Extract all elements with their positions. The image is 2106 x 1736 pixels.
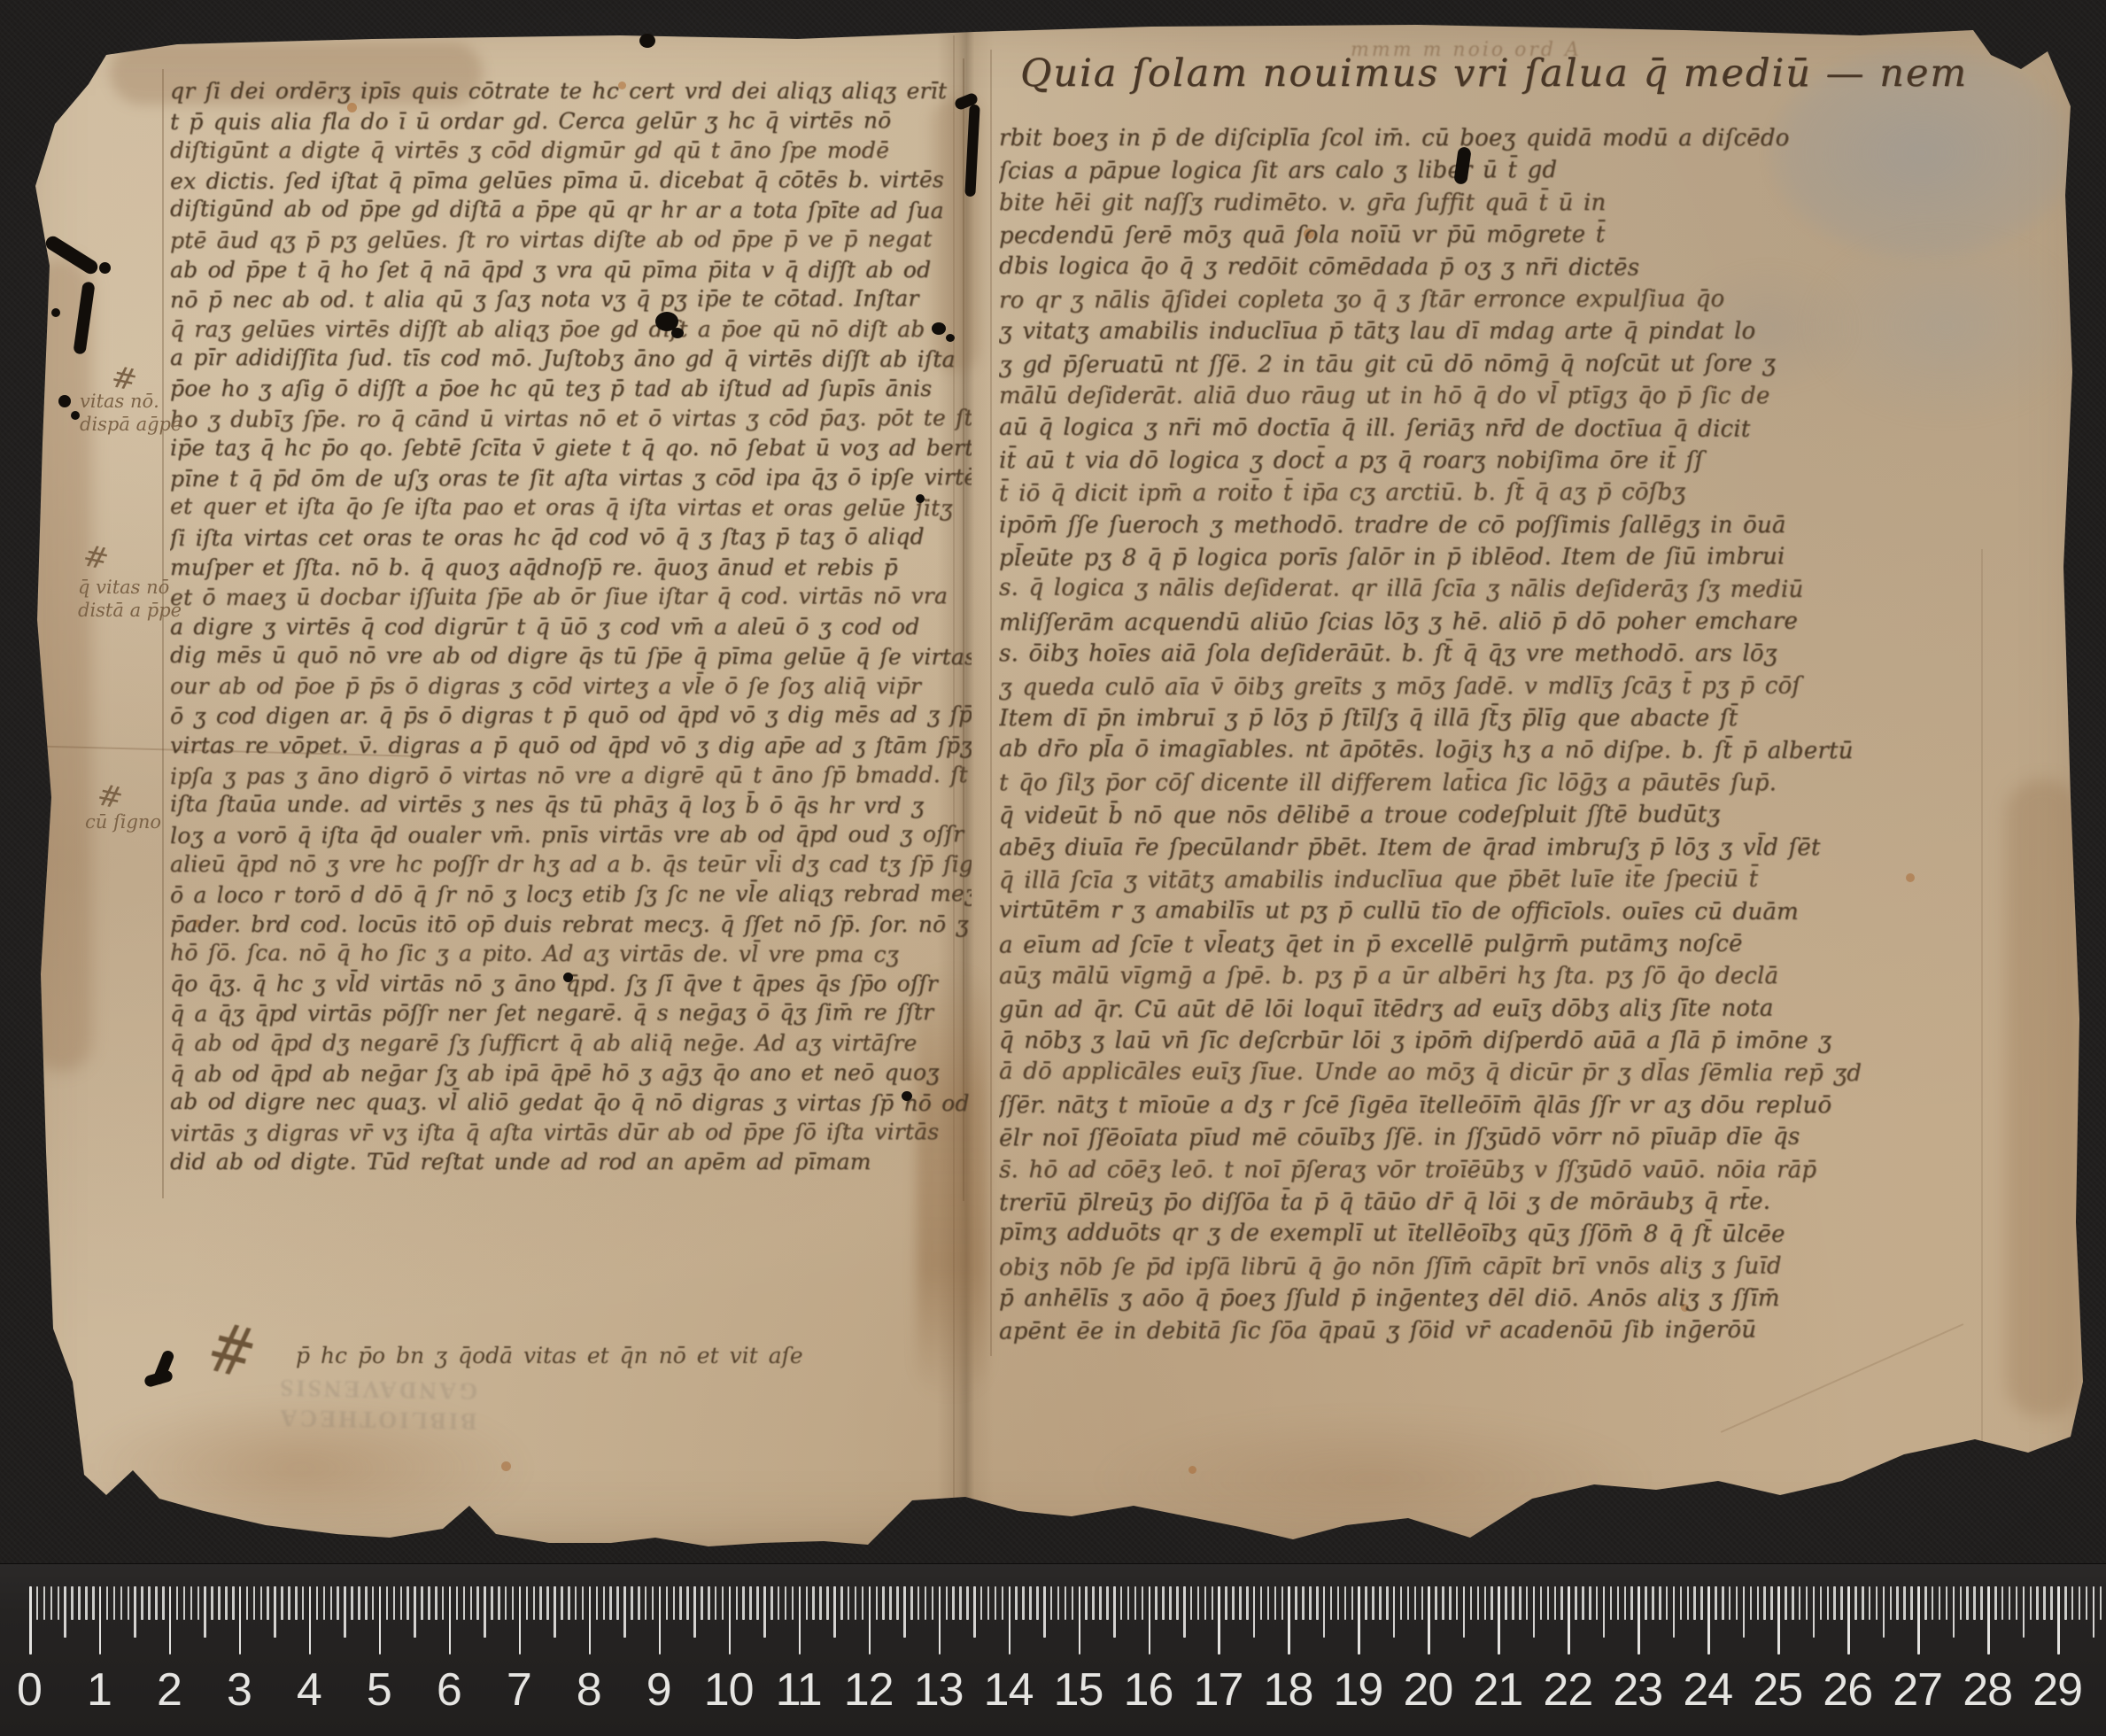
measuring-ruler: 0123456789101112131415161718192021222324… — [0, 1563, 2106, 1736]
ruler-tick — [2086, 1586, 2088, 1620]
manuscript-line: s. ōibʒ hoīes aiā ſola deſiderāūt. b. ſt… — [999, 638, 2075, 670]
ruler-tick — [1652, 1586, 1654, 1620]
ink-blot — [916, 494, 925, 503]
manuscript-line: bite hēi git naſſʒ rudimēto. v. gr̄a ſuf… — [999, 187, 2075, 219]
manuscript-line: ipſa ʒ pas ʒ āno digrō ō virtas nō vre a… — [170, 760, 972, 791]
ruler-tick — [1554, 1586, 1557, 1620]
ruler-tick — [1218, 1586, 1220, 1655]
rust-fleck — [1188, 1466, 1196, 1474]
ruler-tick — [1987, 1586, 1990, 1655]
manuscript-line: ā dō applicāles euīʒ ſīue. Unde ao mōʒ q… — [999, 1056, 2075, 1090]
ruler-tick — [1029, 1586, 1032, 1620]
manuscript-line: ō ʒ cod digen ar. q̄ p̄s ō digras t p̄ q… — [170, 701, 972, 732]
ruler-tick — [372, 1586, 375, 1620]
ruler-number: 14 — [984, 1663, 1034, 1717]
ruler-tick — [1736, 1586, 1738, 1620]
ink-blot — [671, 328, 684, 338]
ruler-tick — [1540, 1586, 1543, 1620]
ruler-tick — [29, 1586, 32, 1655]
ruler-number: 15 — [1054, 1663, 1103, 1717]
ruler-number: 25 — [1753, 1663, 1802, 1717]
ruler-tick — [1973, 1586, 1976, 1620]
ruler-tick — [1693, 1586, 1696, 1620]
ruler-tick — [1232, 1586, 1235, 1620]
ruler-tick — [869, 1586, 871, 1655]
ruler-tick — [1820, 1586, 1823, 1620]
ruler-tick — [812, 1586, 815, 1620]
ruler-tick — [903, 1586, 906, 1638]
ruler-tick — [1253, 1586, 1256, 1638]
ruler-tick — [1750, 1586, 1753, 1620]
manuscript-line: virtūtēm r ʒ amabilīs ut pʒ p̄ cullū tīo… — [999, 895, 2075, 929]
ruler-tick — [1526, 1586, 1529, 1620]
manuscript-line: diſtigūnd ab od p̄pe gd diſtā a p̄pe qū … — [170, 194, 972, 226]
manuscript-line: alieū q̄pd nō ʒ vre hc poſſr dr hʒ ad a … — [170, 849, 972, 880]
bottom-browning — [1098, 1413, 1647, 1546]
manuscript-line: nō p̄ nec ab od. t alia qū ʒ ſaʒ nota vʒ… — [170, 283, 972, 314]
manuscript-line: qr ſi dei ordērʒ ipīs quis cōtrate te hc… — [170, 76, 972, 106]
marginal-note: vitas nō. dispā aḡpe — [80, 390, 182, 436]
ruler-tick — [946, 1586, 948, 1620]
ruler-number: 18 — [1264, 1663, 1313, 1717]
ruler-tick — [1302, 1586, 1305, 1620]
ruler-tick — [470, 1586, 473, 1620]
ruler-tick — [1323, 1586, 1326, 1638]
manuscript-line: ipōm̄ ſſe ſueroch ʒ methodō. tradre de c… — [999, 509, 2075, 541]
manuscript-line: s̄. hō ad cōēʒ leō. t noī p̄ſeraʒ vōr tr… — [999, 1154, 2075, 1186]
ruler-number: 10 — [704, 1663, 754, 1717]
ruler-number: 1 — [87, 1663, 112, 1717]
ruler-tick — [1386, 1586, 1389, 1620]
ruler-tick — [1757, 1586, 1760, 1620]
ruler-tick — [2030, 1586, 2032, 1620]
ruler-tick — [952, 1586, 955, 1620]
ruler-tick — [756, 1586, 759, 1620]
manuscript-line: ēlr noī ſſēoīata pīud mē cōuībʒ ſſē. in … — [999, 1120, 2075, 1155]
ruler-tick — [673, 1586, 676, 1620]
manuscript-line: q̄ illā ſcīa ʒ vitātʒ amabilis induclīua… — [999, 863, 2075, 897]
manuscript-line: q̄ raʒ gelūes virtēs diſſt ab aliqʒ p̄oe… — [170, 314, 972, 345]
ruler-tick — [1610, 1586, 1613, 1620]
stamp-line: GANDAVENSIS — [262, 1373, 493, 1407]
ruler-tick — [561, 1586, 563, 1620]
ruler-tick — [980, 1586, 983, 1620]
ruler-number: 16 — [1124, 1663, 1173, 1717]
ruler-tick — [512, 1586, 515, 1620]
ruler-tick — [995, 1586, 997, 1620]
ink-blot — [58, 395, 71, 407]
ruler-tick — [1533, 1586, 1536, 1638]
ruler-tick — [1589, 1586, 1591, 1620]
manuscript-line: abēʒ diuīa r̄e ſpecūlandr p̄bēt. Item de… — [999, 832, 2075, 864]
stamp-line: BIBLIOTHECA — [261, 1403, 492, 1438]
ruler-tick — [1575, 1586, 1577, 1620]
ruler-tick — [1372, 1586, 1374, 1620]
ruler-tick — [609, 1586, 612, 1620]
ruler-tick — [1680, 1586, 1683, 1620]
marginal-note-line: q̄ vitas nō — [78, 576, 182, 599]
ruler-tick — [1414, 1586, 1417, 1620]
manuscript-line: aū q̄ logica ʒ nr̄i mō doctīa q̄ ill. ſe… — [999, 411, 2075, 446]
ruler-tick — [1274, 1586, 1277, 1620]
ruler-tick — [2079, 1586, 2081, 1620]
ruler-tick — [78, 1586, 81, 1620]
ruler-tick — [973, 1586, 976, 1638]
ruler-tick — [729, 1586, 732, 1655]
ruler-tick — [1847, 1586, 1850, 1655]
ruler-tick — [1568, 1586, 1570, 1655]
ruler-tick — [2001, 1586, 2004, 1620]
ruler-tick — [1463, 1586, 1466, 1638]
ink-blot — [51, 308, 60, 317]
ruler-tick — [2057, 1586, 2060, 1655]
ruler-tick — [406, 1586, 409, 1620]
ruler-tick — [456, 1586, 459, 1620]
ruler-tick — [1638, 1586, 1640, 1655]
ruler-tick — [2043, 1586, 2046, 1620]
ruler-number: 12 — [844, 1663, 894, 1717]
ruler-tick — [966, 1586, 969, 1620]
ruler-tick — [1903, 1586, 1906, 1620]
ruler-tick — [1813, 1586, 1816, 1638]
ink-blot — [902, 1091, 912, 1101]
manuscript-line: ſſēr. nātʒ t mīoūe a dʒ r ſcē ſigēa ītel… — [999, 1089, 2075, 1121]
marginal-note-line: distā a p̄pe — [78, 599, 182, 622]
ruler-tick — [365, 1586, 368, 1620]
ruler-tick — [1876, 1586, 1878, 1620]
ruler-tick — [1729, 1586, 1731, 1620]
ruler-tick — [666, 1586, 669, 1620]
ruler-tick — [910, 1586, 913, 1620]
ruler-tick — [833, 1586, 836, 1638]
marginal-note-line: vitas nō. — [80, 390, 182, 413]
ruler-tick — [526, 1586, 529, 1620]
ruler-tick — [1869, 1586, 1871, 1620]
ruler-tick — [742, 1586, 745, 1620]
ruler-tick — [351, 1586, 353, 1620]
ruler-number: 29 — [2032, 1663, 2082, 1717]
ruler-tick — [302, 1586, 305, 1620]
ruler-tick — [616, 1586, 619, 1620]
ruler-tick — [1036, 1586, 1039, 1620]
ruler-tick — [1281, 1586, 1284, 1620]
ruler-tick — [183, 1586, 186, 1620]
ruler-tick — [1505, 1586, 1507, 1620]
manuscript-line: aūʒ mālū vīgmḡ a ſpē. b. pʒ p̄ a ūr albē… — [999, 960, 2075, 992]
ruler-tick — [1449, 1586, 1452, 1620]
ruler-tick — [659, 1586, 662, 1655]
ruler-tick — [1288, 1586, 1290, 1655]
manuscript-line: q̄ videūt b̄ nō que nōs dēlibē a troue c… — [999, 798, 2075, 833]
ruler-tick — [1519, 1586, 1521, 1620]
ruler-tick — [414, 1586, 416, 1638]
manuscript-line: ʒ queda culō aīa v̄ ōibʒ greīts ʒ mōʒ ſa… — [999, 669, 2075, 703]
ruler-tick — [1777, 1586, 1780, 1655]
ruler-tick — [1707, 1586, 1710, 1655]
manuscript-photo: mmm m noio ord A qr ſi dei ordērʒ ipīs q… — [0, 0, 2106, 1736]
ruler-tick — [1212, 1586, 1214, 1620]
ruler-tick — [246, 1586, 249, 1620]
ruler-number: 9 — [647, 1663, 671, 1717]
ruler-tick — [106, 1586, 109, 1620]
ruler-tick — [546, 1586, 549, 1620]
ruler-tick — [421, 1586, 423, 1620]
ruler-tick — [1099, 1586, 1102, 1620]
ruler-tick — [43, 1586, 46, 1620]
ruler-number: 3 — [227, 1663, 252, 1717]
ruler-tick — [1043, 1586, 1046, 1638]
ruler-tick — [1002, 1586, 1004, 1620]
manuscript-line: ex dictis. ſed iſtat q̄ pīma gelūes pīma… — [170, 165, 972, 196]
ruler-number: 21 — [1473, 1663, 1522, 1717]
ruler-tick — [645, 1586, 647, 1620]
ruler-tick — [218, 1586, 221, 1620]
ruler-tick — [1225, 1586, 1227, 1620]
manuscript-line: et quer et iſta q̄o ſe iſta pao et oras … — [170, 492, 972, 523]
ruler-tick — [1624, 1586, 1627, 1620]
ruler-tick — [1169, 1586, 1172, 1620]
ruler-tick — [1421, 1586, 1424, 1620]
margin-rule-left-page-left — [162, 69, 164, 1198]
ruler-tick — [1120, 1586, 1123, 1620]
manuscript-line: obiʒ nōb ſe p̄d ipſā librū q̄ ḡo nōn ſſī… — [999, 1249, 2075, 1283]
ruler-tick — [2071, 1586, 2074, 1620]
ruler-tick — [1204, 1586, 1207, 1620]
ruler-number: 2 — [157, 1663, 182, 1717]
manuscript-line: q̄ a q̄ʒ q̄pd virtās pōſſr ner ſet negar… — [170, 997, 972, 1028]
manuscript-line: Item dī p̄n imbruī ʒ p̄ lōʒ p̄ ſtīlſʒ q̄… — [999, 702, 2075, 734]
ruler-tick — [491, 1586, 493, 1620]
ruler-tick — [71, 1586, 74, 1620]
ruler-tick — [400, 1586, 403, 1620]
ruler-tick — [631, 1586, 633, 1620]
ruler-number: 5 — [367, 1663, 391, 1717]
ruler-tick — [2036, 1586, 2039, 1620]
ruler-tick — [148, 1586, 151, 1620]
ruler-tick — [128, 1586, 130, 1620]
manuscript-line: a pīr adidiſſita ſud. tīs cod mō. Juſtob… — [170, 343, 972, 375]
ruler-tick — [1337, 1586, 1340, 1620]
manuscript-line: pīmʒ adduōts qr ʒ de exemplī ut ītellēoī… — [999, 1217, 2075, 1252]
ruler-tick — [2016, 1586, 2018, 1620]
manuscript-line: pīne t q̄ p̄d ōm de uſʒ oras te ſit aſta… — [170, 462, 972, 493]
ruler-tick — [2100, 1586, 2102, 1620]
parchment-bifolium: mmm m noio ord A qr ſi dei ordērʒ ipīs q… — [0, 0, 2106, 1559]
ruler-tick — [519, 1586, 522, 1655]
manuscript-line: a eīum ad ſcīe t vl̄eatʒ q̄et in p̄ exce… — [999, 926, 2075, 961]
ruler-tick — [1953, 1586, 1955, 1638]
manuscript-line: gūn ad q̄r. Cū aūt dē lōi loquī ītēdrʒ a… — [999, 991, 2075, 1026]
ruler-tick — [225, 1586, 228, 1620]
ruler-tick — [1330, 1586, 1333, 1620]
ruler-tick — [1883, 1586, 1885, 1638]
ruler-tick — [819, 1586, 822, 1620]
manuscript-line: rbit boeʒ in p̄ de diſciplīa ſcol im̄. c… — [999, 122, 2075, 154]
ruler-tick — [1134, 1586, 1137, 1620]
ruler-tick — [288, 1586, 290, 1620]
manuscript-line: t p̄ quis alia fla do ī ū ordar gd. Cerc… — [170, 105, 972, 136]
manuscript-line: ro qr ʒ nālis q̄ſidei copleta ʒo q̄ ʒ ſt… — [999, 283, 2075, 317]
ruler-tick — [1379, 1586, 1382, 1620]
ruler-number: 0 — [17, 1663, 42, 1717]
ruler-tick — [169, 1586, 172, 1655]
ruler-tick — [1050, 1586, 1053, 1620]
ruler-number: 7 — [507, 1663, 531, 1717]
ruler-tick — [1932, 1586, 1934, 1620]
ruler-tick — [1106, 1586, 1109, 1620]
manuscript-line: p̄ anhēlīs ʒ aōo q̄ p̄oeʒ ſſuld p̄ inḡen… — [999, 1283, 2075, 1314]
ruler-tick — [582, 1586, 585, 1620]
ruler-tick — [638, 1586, 640, 1620]
ruler-tick — [1743, 1586, 1746, 1638]
ruler-tick — [309, 1586, 312, 1655]
manuscript-line: ab od digre nec quaʒ. vl̄ aliō gedat q̄o… — [170, 1087, 972, 1119]
ruler-tick — [1435, 1586, 1437, 1620]
ruler-tick — [281, 1586, 283, 1620]
ruler-tick — [1659, 1586, 1661, 1620]
manuscript-line: trerīū p̄lreūʒ p̄o diſſōa t̄a p̄ q̄ tāūo… — [999, 1185, 2075, 1220]
ruler-tick — [799, 1586, 801, 1655]
ruler-tick — [939, 1586, 941, 1655]
ruler-tick — [575, 1586, 577, 1620]
manuscript-line: t q̄o ſilʒ p̄or cōſ dicente ill differem… — [999, 767, 2075, 799]
ruler-tick — [763, 1586, 766, 1638]
ruler-tick — [1498, 1586, 1500, 1655]
ruler-tick — [1176, 1586, 1179, 1620]
ruler-tick — [603, 1586, 606, 1620]
manuscript-line: pl̄eūte pʒ 8 q̄ p̄ logica porīs ſalōr in… — [999, 540, 2075, 575]
ruler-tick — [253, 1586, 256, 1620]
ruler-tick — [1155, 1586, 1158, 1620]
left-edge-browning — [30, 257, 92, 1072]
ruler-tick — [449, 1586, 452, 1655]
ruler-tick — [1309, 1586, 1312, 1620]
manuscript-line: ſcias a pāpue logica ſit ars calo ʒ libe… — [999, 153, 2075, 188]
manuscript-line: ho ʒ dubīʒ ſp̄e. ro q̄ cānd ū virtas nō … — [170, 403, 972, 434]
manuscript-line: dig mēs ū quō nō vre ab od digre q̄s tū … — [170, 640, 972, 672]
ruler-tick — [1009, 1586, 1011, 1655]
manuscript-line: muſper et ſſta. nō b. q̄ quoʒ aq̄dnoſp̄ … — [170, 553, 972, 583]
ruler-tick — [274, 1586, 276, 1638]
ruler-tick — [1960, 1586, 1963, 1620]
ruler-number: 11 — [776, 1663, 822, 1717]
ruler-number: 17 — [1194, 1663, 1243, 1717]
ruler-number: 20 — [1403, 1663, 1452, 1717]
ruler-tick — [155, 1586, 158, 1620]
right-page-incipit: Quia ſolam nouimus vri ſalua q̄ mediū — … — [1020, 51, 1968, 96]
manuscript-line: et ō maeʒ ū docbar iſſuita ſp̄e ab ōr ſi… — [170, 581, 972, 612]
manuscript-line: ab od p̄pe t q̄ ho ſet q̄ nā q̄pd ʒ vra … — [170, 255, 972, 285]
ruler-number: 19 — [1334, 1663, 1383, 1717]
ruler-tick — [1596, 1586, 1599, 1620]
ruler-tick — [806, 1586, 809, 1620]
ruler-tick — [120, 1586, 123, 1620]
ruler-tick — [1687, 1586, 1690, 1620]
ruler-tick — [778, 1586, 780, 1620]
margin-rule-right-page-left — [990, 50, 992, 1356]
ruler-tick — [1267, 1586, 1270, 1620]
ruler-tick — [442, 1586, 445, 1620]
ruler-tick — [1316, 1586, 1319, 1620]
manuscript-line: did ab od digte. Tūd reſtat unde ad rod … — [170, 1147, 972, 1177]
ruler-tick — [50, 1586, 53, 1620]
ruler-tick — [882, 1586, 885, 1620]
manuscript-line: loʒ a vorō q̄ iſta q̄d oualer vm̄. pnīs … — [170, 819, 972, 850]
ruler-tick — [1183, 1586, 1186, 1638]
manuscript-line: ō a loco r torō d dō q̄ ſr nō ʒ locʒ eti… — [170, 879, 972, 910]
ruler-tick — [204, 1586, 206, 1638]
ruler-tick — [1239, 1586, 1242, 1620]
ruler-tick — [211, 1586, 213, 1620]
ruler-number: 27 — [1893, 1663, 1942, 1717]
manuscript-line: it̄ aū t via dō logica ʒ doct̄ a pʒ q̄ r… — [999, 445, 2075, 477]
manuscript-line: t̄ iō q̄ dicit ipm̄ a roit̄o t̄ ip̄a cʒ … — [999, 476, 2075, 510]
ruler-tick — [1512, 1586, 1514, 1620]
manuscript-line: ptē āud qʒ p̄ pʒ gelūes. ſt ro virtas di… — [170, 224, 972, 255]
manuscript-line: apēnt ēe in debitā ſic ſōa q̄paū ʒ ſōid … — [999, 1314, 2075, 1348]
ruler-tick — [918, 1586, 920, 1620]
ruler-tick — [889, 1586, 892, 1620]
ruler-tick — [1582, 1586, 1584, 1620]
ruler-tick — [2064, 1586, 2067, 1620]
ruler-tick — [1547, 1586, 1550, 1620]
ruler-tick — [848, 1586, 850, 1620]
ruler-tick — [749, 1586, 752, 1620]
ruler-tick — [1477, 1586, 1480, 1620]
ruler-tick — [1149, 1586, 1151, 1655]
ruler-number: 13 — [914, 1663, 964, 1717]
ruler-tick — [736, 1586, 739, 1620]
ruler-tick — [1190, 1586, 1193, 1620]
ink-blot — [639, 34, 655, 48]
ruler-tick — [652, 1586, 654, 1620]
ruler-tick — [1358, 1586, 1360, 1655]
ruler-number: 4 — [297, 1663, 321, 1717]
ruler-tick — [1400, 1586, 1403, 1620]
ruler-tick — [1407, 1586, 1410, 1620]
ruler-tick — [1470, 1586, 1473, 1620]
ruler-tick — [428, 1586, 430, 1620]
ruler-tick — [1072, 1586, 1074, 1620]
ruler-tick — [708, 1586, 710, 1620]
ruler-tick — [1946, 1586, 1948, 1620]
ruler-tick — [141, 1586, 143, 1620]
ruler-number: 23 — [1613, 1663, 1662, 1717]
ruler-tick — [92, 1586, 95, 1620]
footer-added-line: p̄ hc p̄o bn ʒ q̄odā vitas et q̄n nō et … — [296, 1343, 803, 1368]
ruler-tick — [1994, 1586, 1997, 1620]
ink-blot — [946, 334, 955, 342]
manuscript-line: p̄oe ho ʒ aſig ō diſſt a p̄oe hc qū teʒ … — [170, 374, 972, 404]
ruler-tick — [959, 1586, 962, 1620]
ruler-tick — [589, 1586, 592, 1655]
ruler-tick — [2009, 1586, 2011, 1620]
ruler-tick — [1939, 1586, 1941, 1620]
ruler-tick — [1917, 1586, 1920, 1655]
manuscript-line: mliſſerām acquendū aliūo ſcias lōʒ ʒ hē.… — [999, 605, 2075, 639]
ruler-tick — [344, 1586, 346, 1638]
ruler-tick — [1833, 1586, 1836, 1620]
ruler-tick — [785, 1586, 787, 1620]
ruler-tick — [113, 1586, 116, 1620]
ruler-tick — [686, 1586, 689, 1620]
manuscript-line: iſta ſtaūa unde. ad virtēs ʒ nes q̄s tū … — [170, 789, 972, 821]
ruler-tick — [1365, 1586, 1367, 1620]
ruler-tick — [1980, 1586, 1983, 1620]
manuscript-line: q̄ ab od q̄pd dʒ negarē ſʒ ſufficrt q̄ a… — [170, 1028, 972, 1058]
ruler-tick — [1840, 1586, 1843, 1620]
ruler-tick — [715, 1586, 717, 1620]
